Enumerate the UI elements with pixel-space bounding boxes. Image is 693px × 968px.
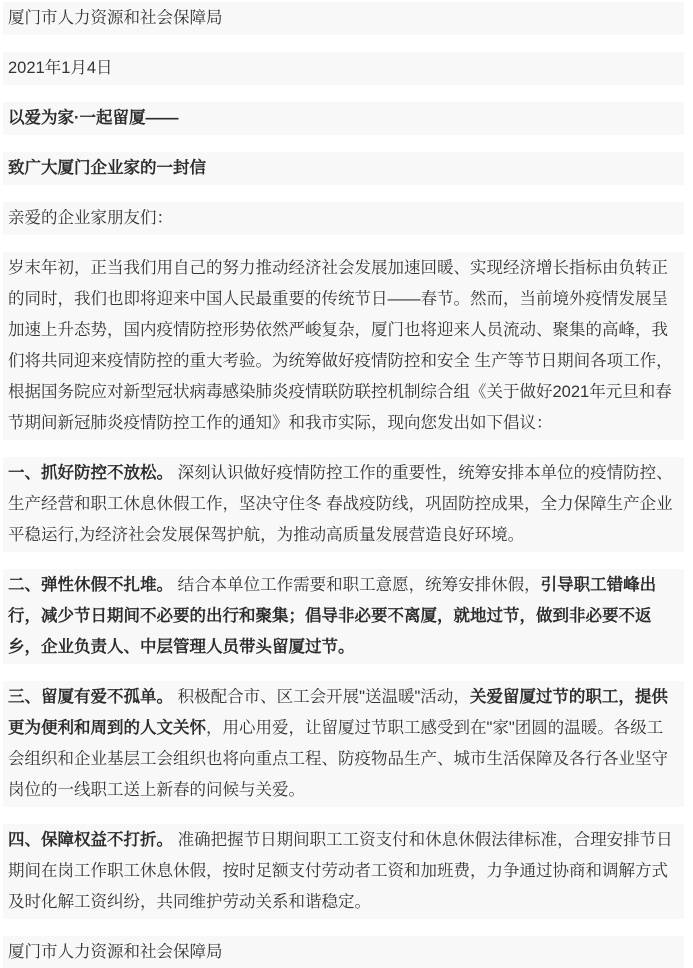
intro-paragraph: 岁末年初，正当我们用自己的努力推动经济社会发展加速回暖、实现经济增长指标由负转正… — [3, 252, 684, 440]
section-bold-text: 二、弹性休假不扎堆。 — [8, 576, 173, 594]
section-bold-text: 一、抓好防控不放松。 — [8, 464, 173, 482]
greeting-line: 亲爱的企业家朋友们： — [3, 202, 684, 235]
section-body-text: 积极配合市、区工会开展"送温暖"活动， — [173, 688, 470, 706]
section-3-paragraph: 三、留厦有爱不孤单。 积极配合市、区工会开展"送温暖"活动，关爱留厦过节的职工，… — [3, 681, 684, 807]
signature-line: 厦门市人力资源和社会保障局 — [3, 936, 684, 968]
date-line: 2021年1月4日 — [3, 52, 684, 85]
section-1-paragraph: 一、抓好防控不放松。 深刻认识做好疫情防控工作的重要性，统筹安排本单位的疫情防控… — [3, 457, 684, 552]
section-4-paragraph: 四、保障权益不打折。 准确把握节日期间职工工资支付和休息休假法律标准，合理安排节… — [3, 824, 684, 919]
section-body-text: 结合本单位工作需要和职工意愿，统筹安排休假， — [173, 576, 541, 594]
section-bold-text: 四、保障权益不打折。 — [8, 831, 173, 849]
letter-document: 厦门市人力资源和社会保障局 2021年1月4日 以爱为家·一起留厦—— 致广大厦… — [0, 0, 693, 968]
source-line: 厦门市人力资源和社会保障局 — [3, 2, 684, 35]
letter-subtitle: 致广大厦门企业家的一封信 — [3, 152, 684, 185]
letter-title: 以爱为家·一起留厦—— — [3, 102, 684, 135]
section-bold-text: 三、留厦有爱不孤单。 — [8, 688, 173, 706]
section-2-paragraph: 二、弹性休假不扎堆。 结合本单位工作需要和职工意愿，统筹安排休假，引导职工错峰出… — [3, 569, 684, 664]
